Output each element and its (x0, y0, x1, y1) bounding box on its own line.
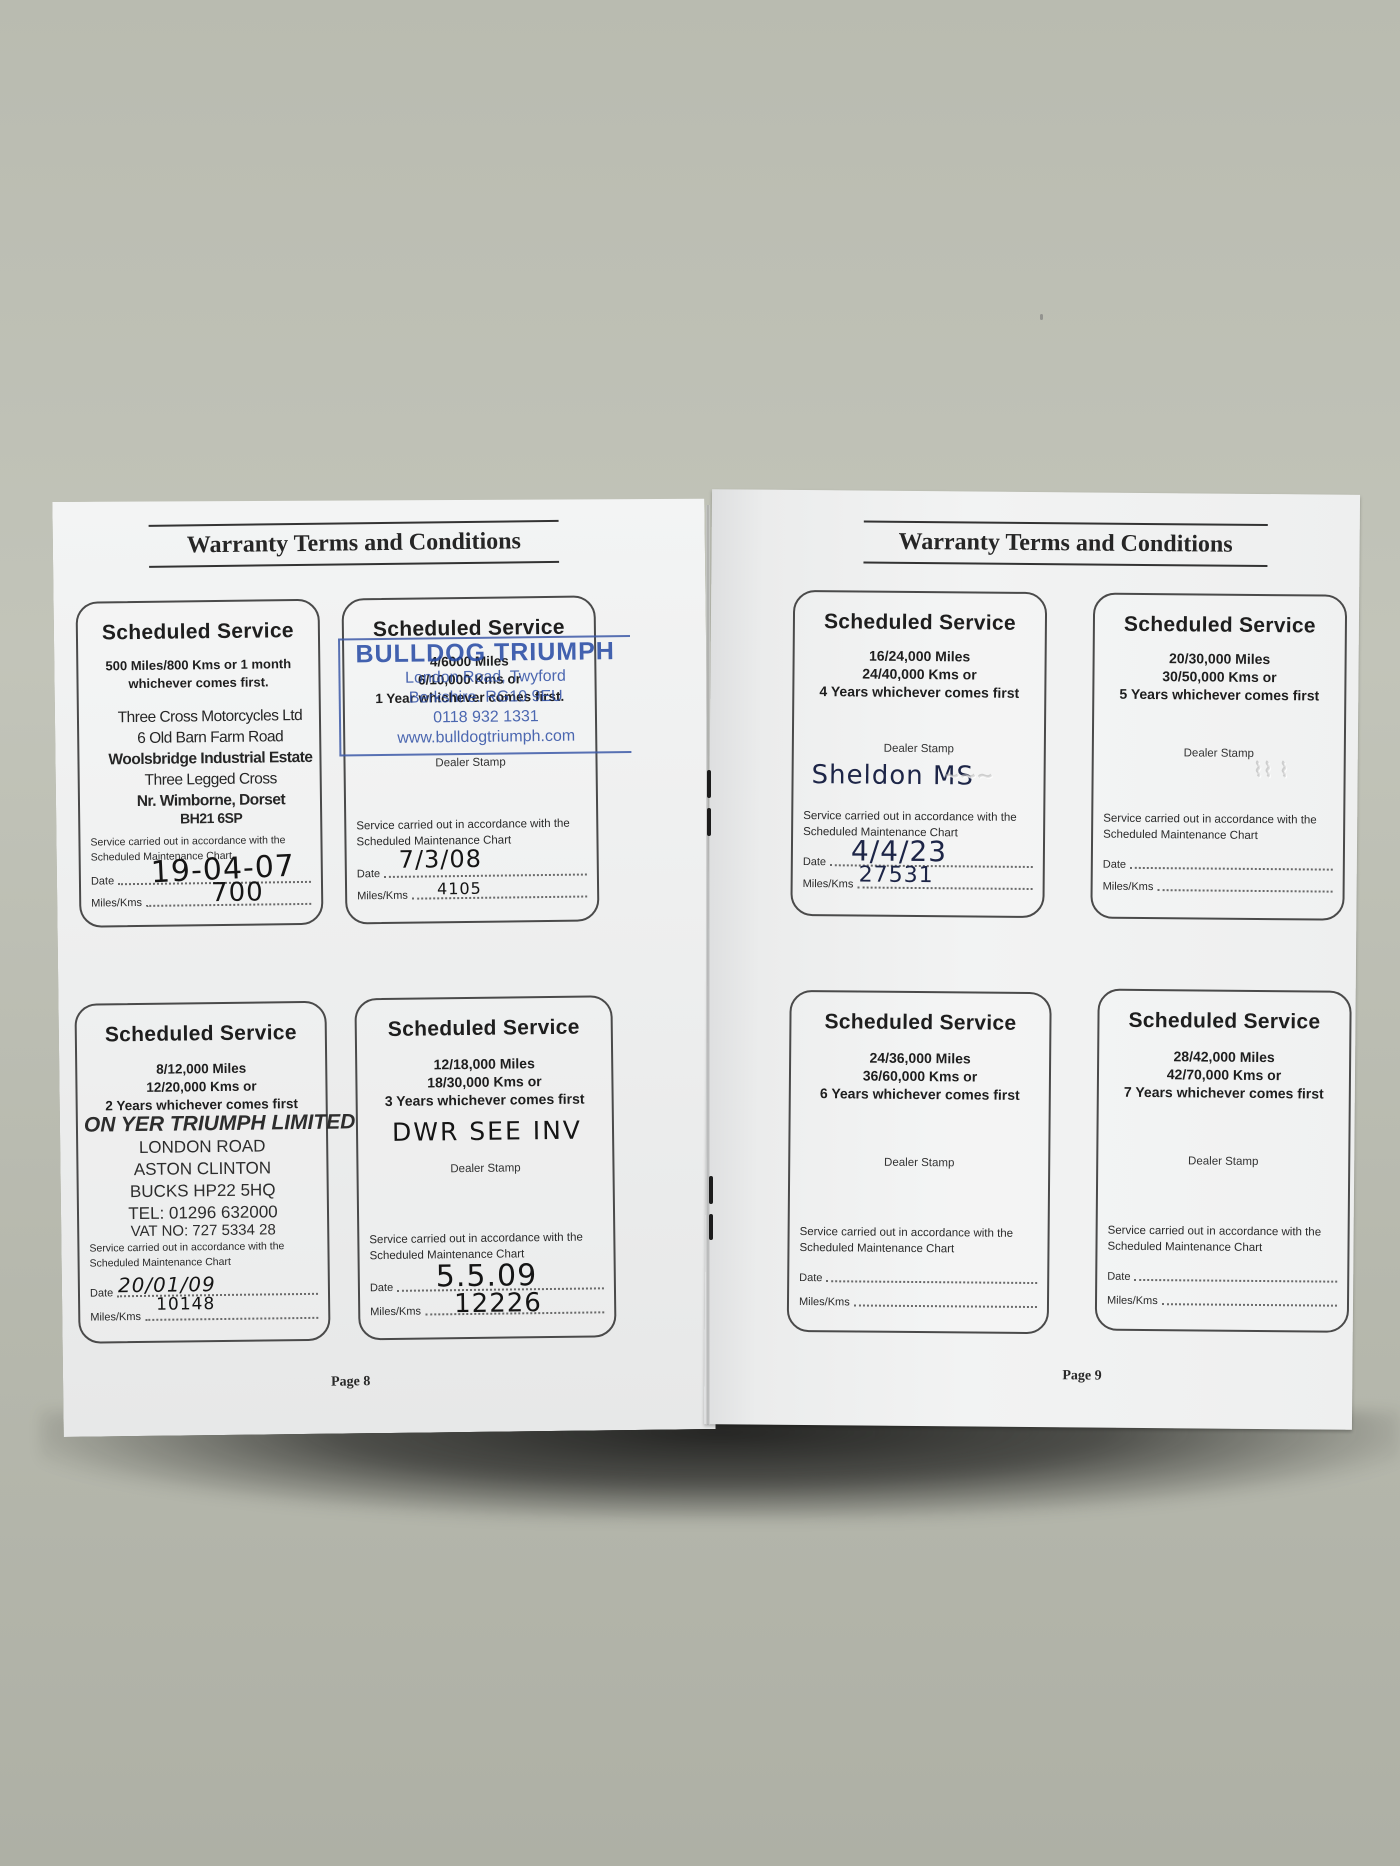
handwritten-miles: 12226 (454, 1288, 542, 1319)
staple-icon (707, 808, 711, 836)
dealer-stamp-label: Dealer Stamp (794, 742, 1044, 756)
card-title: Scheduled Service (77, 1021, 325, 1048)
service-card-500-miles: Scheduled Service 500 Miles/800 Kms or 1… (76, 599, 324, 928)
handwritten-miles: 4105 (437, 879, 482, 899)
embossed-impression: ~~~ (944, 763, 994, 787)
booklet-page-8: Warranty Terms and Conditions Scheduled … (52, 494, 715, 1437)
service-interval: 12/18,000 Miles 18/30,000 Kms or 3 Years… (357, 1053, 612, 1110)
embossed-impression: ⌇⌇ ⌇ (1254, 758, 1290, 782)
card-title: Scheduled Service (791, 1010, 1049, 1036)
card-title: Scheduled Service (795, 610, 1045, 636)
card-title: Scheduled Service (357, 1015, 611, 1042)
service-card-12000-miles: Scheduled Service 8/12,000 Miles 12/20,0… (74, 1001, 330, 1344)
service-interval: 500 Miles/800 Kms or 1 month whichever c… (78, 655, 318, 694)
dealer-stamp: ON YER TRIUMPH LIMITED LONDON ROAD ASTON… (78, 1110, 358, 1239)
dealer-stamp-label: Dealer Stamp (358, 1161, 612, 1176)
dealer-stamp: Three Cross Motorcycles Ltd 6 Old Barn F… (93, 705, 328, 827)
miles-field[interactable]: Miles/Kms (1103, 881, 1333, 895)
dealer-stamp-bulldog-triumph: BULLDOG TRIUMPH London Road, Twyford Ber… (338, 635, 631, 757)
page-number: Page 8 (331, 1374, 370, 1390)
booklet-spine (706, 505, 710, 1425)
handwritten-date: 7/3/08 (399, 845, 483, 874)
card-title: Scheduled Service (78, 619, 318, 646)
service-card-42000-miles: Scheduled Service 28/42,000 Miles 42/70,… (1095, 989, 1352, 1333)
dealer-stamp-label: Dealer Stamp (1098, 1155, 1348, 1169)
service-interval: 24/36,000 Miles 36/60,000 Kms or 6 Years… (791, 1048, 1049, 1104)
service-interval: 16/24,000 Miles 24/40,000 Kms or 4 Years… (794, 646, 1044, 702)
page-header: Warranty Terms and Conditions (149, 520, 559, 568)
service-statement: Service carried out in accordance with t… (1107, 1223, 1339, 1257)
service-statement: Service carried out in accordance with t… (89, 1239, 319, 1272)
photo-scene: Warranty Terms and Conditions Scheduled … (0, 0, 1400, 1866)
service-statement: Service carried out in accordance with t… (799, 1224, 1039, 1258)
service-interval: 28/42,000 Miles 42/70,000 Kms or 7 Years… (1099, 1047, 1349, 1103)
dealer-stamp-label: Dealer Stamp (345, 755, 595, 770)
handwritten-note: DWR SEE INV (392, 1116, 582, 1147)
miles-field[interactable]: Miles/Kms (91, 895, 311, 910)
service-card-30000-miles: Scheduled Service 20/30,000 Miles 30/50,… (1090, 593, 1347, 921)
dealer-stamp-label: Dealer Stamp (790, 1156, 1048, 1170)
page-title: Warranty Terms and Conditions (149, 522, 559, 566)
dealer-stamp-label: Dealer Stamp (1094, 747, 1344, 761)
service-card-36000-miles: Scheduled Service 24/36,000 Miles 36/60,… (787, 990, 1052, 1334)
service-interval: 8/12,000 Miles 12/20,000 Kms or 2 Years … (77, 1059, 326, 1116)
date-field[interactable]: Date (1103, 859, 1333, 873)
staple-icon (709, 1214, 713, 1240)
date-field[interactable]: Date (1107, 1271, 1337, 1285)
staple-icon (707, 770, 711, 798)
booklet-page-9: Warranty Terms and Conditions Scheduled … (704, 489, 1360, 1430)
staple-icon (709, 1176, 713, 1204)
service-card-18000-miles: Scheduled Service 12/18,000 Miles 18/30,… (354, 995, 616, 1340)
page-header: Warranty Terms and Conditions (863, 521, 1267, 568)
miles-field[interactable]: Miles/Kms (799, 1296, 1037, 1310)
card-title: Scheduled Service (1099, 1009, 1349, 1035)
handwritten-miles: 10148 (156, 1294, 215, 1315)
page-title: Warranty Terms and Conditions (863, 523, 1267, 566)
service-statement: Service carried out in accordance with t… (1103, 811, 1335, 845)
card-title: Scheduled Service (1095, 613, 1345, 639)
dust-speck (1040, 314, 1043, 320)
service-interval: 20/30,000 Miles 30/50,000 Kms or 5 Years… (1094, 649, 1344, 705)
page-number: Page 9 (1062, 1368, 1101, 1384)
date-field[interactable]: Date (799, 1272, 1037, 1286)
service-card-24000-miles: Scheduled Service 16/24,000 Miles 24/40,… (790, 590, 1047, 918)
miles-field[interactable]: Miles/Kms (1107, 1295, 1337, 1309)
handwritten-miles: 700 (211, 877, 264, 908)
handwritten-miles: 27531 (859, 862, 934, 888)
